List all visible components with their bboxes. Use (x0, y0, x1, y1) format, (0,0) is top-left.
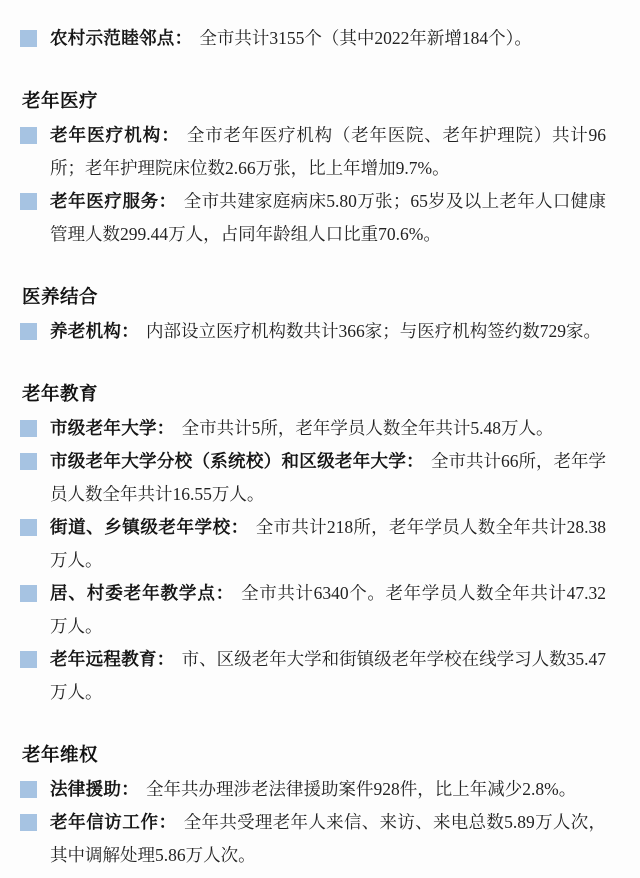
item-label: 街道、乡镇级老年学校： (50, 517, 249, 537)
item-list: 老年医疗机构：全市老年医疗机构（老年医院、老年护理院）共计96所；老年护理院床位… (0, 119, 640, 251)
item-text: 内部设立医疗机构数共计366家；与医疗机构签约数729家。 (146, 321, 601, 341)
section-combined-care: 医养结合 养老机构：内部设立医疗机构数共计366家；与医疗机构签约数729家。 (0, 282, 640, 348)
item-text: 全市共计5所，老年学员人数全年共计5.48万人。 (182, 418, 554, 438)
bullet-item: 居、村委老年教学点：全市共计6340个。老年学员人数全年共计47.32万人。 (20, 577, 606, 643)
bullet-square-icon (20, 651, 37, 668)
bullet-square-icon (20, 30, 37, 47)
bullet-item: 法律援助：全年共办理涉老法律援助案件928件，比上年减少2.8%。 (20, 773, 606, 806)
item-label: 市级老年大学分校（系统校）和区级老年大学： (50, 451, 424, 471)
section-medical: 老年医疗 老年医疗机构：全市老年医疗机构（老年医院、老年护理院）共计96所；老年… (0, 86, 640, 251)
bullet-square-icon (20, 585, 37, 602)
bullet-item: 老年医疗机构：全市老年医疗机构（老年医院、老年护理院）共计96所；老年护理院床位… (20, 119, 606, 185)
item-label: 居、村委老年教学点： (50, 583, 234, 603)
item-label: 老年信访工作： (50, 812, 177, 832)
bullet-item: 老年信访工作：全年共受理老年人来信、来访、来电总数5.89万人次，其中调解处理5… (20, 806, 606, 872)
item-list: 养老机构：内部设立医疗机构数共计366家；与医疗机构签约数729家。 (0, 315, 640, 348)
bullet-item: 市级老年大学分校（系统校）和区级老年大学：全市共计66所，老年学员人数全年共计1… (20, 445, 606, 511)
item-text: 全市共计3155个（其中2022年新增184个）。 (199, 28, 532, 48)
bullet-item: 街道、乡镇级老年学校：全市共计218所，老年学员人数全年共计28.38万人。 (20, 511, 606, 577)
item-label: 老年医疗机构： (50, 125, 180, 145)
item-label: 农村示范睦邻点： (50, 28, 192, 48)
item-list: 法律援助：全年共办理涉老法律援助案件928件，比上年减少2.8%。 老年信访工作… (0, 773, 640, 872)
bullet-square-icon (20, 193, 37, 210)
bullet-item: 老年医疗服务：全市共建家庭病床5.80万张；65岁及以上老年人口健康管理人数29… (20, 185, 606, 251)
report-body: 农村示范睦邻点：全市共计3155个（其中2022年新增184个）。 老年医疗 老… (0, 0, 640, 872)
bullet-square-icon (20, 519, 37, 536)
bullet-square-icon (20, 453, 37, 470)
item-label: 市级老年大学： (50, 418, 175, 438)
bullet-square-icon (20, 420, 37, 437)
item-text: 全年共办理涉老法律援助案件928件，比上年减少2.8%。 (146, 779, 576, 799)
section-heading: 老年教育 (22, 379, 640, 412)
item-list: 市级老年大学：全市共计5所，老年学员人数全年共计5.48万人。 市级老年大学分校… (0, 412, 640, 709)
item-label: 老年医疗服务： (50, 191, 177, 211)
item-list: 农村示范睦邻点：全市共计3155个（其中2022年新增184个）。 (0, 22, 640, 55)
item-label: 老年远程教育： (50, 649, 175, 669)
bullet-item: 农村示范睦邻点：全市共计3155个（其中2022年新增184个）。 (20, 22, 606, 55)
item-label: 法律援助： (50, 779, 139, 799)
bullet-square-icon (20, 814, 37, 831)
bullet-item: 市级老年大学：全市共计5所，老年学员人数全年共计5.48万人。 (20, 412, 606, 445)
bullet-item: 老年远程教育：市、区级老年大学和街镇级老年学校在线学习人数35.47万人。 (20, 643, 606, 709)
section-education: 老年教育 市级老年大学：全市共计5所，老年学员人数全年共计5.48万人。 市级老… (0, 379, 640, 709)
section-rural: 农村示范睦邻点：全市共计3155个（其中2022年新增184个）。 (0, 22, 640, 55)
bullet-square-icon (20, 323, 37, 340)
section-heading: 医养结合 (22, 282, 640, 315)
bullet-square-icon (20, 127, 37, 144)
section-heading: 老年医疗 (22, 86, 640, 119)
bullet-square-icon (20, 781, 37, 798)
item-label: 养老机构： (50, 321, 139, 341)
section-heading: 老年维权 (22, 740, 640, 773)
section-rights: 老年维权 法律援助：全年共办理涉老法律援助案件928件，比上年减少2.8%。 老… (0, 740, 640, 872)
bullet-item: 养老机构：内部设立医疗机构数共计366家；与医疗机构签约数729家。 (20, 315, 606, 348)
